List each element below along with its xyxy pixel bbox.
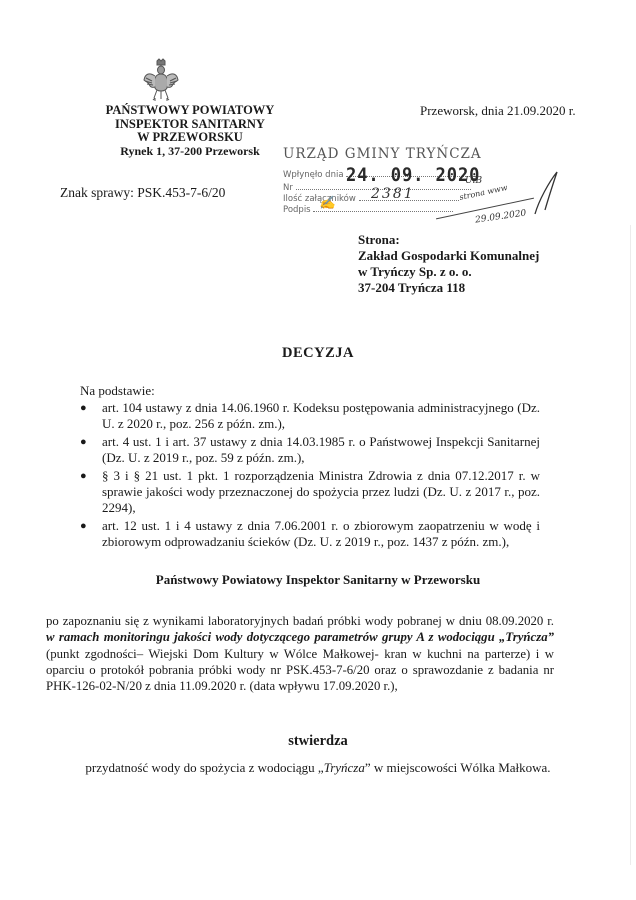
legal-basis-item: ●art. 12 ust. 1 i 4 ustawy z dnia 7.06.2… [78,518,540,550]
handwritten-note-1: UiB [465,176,482,186]
decision-body-paragraph: po zapoznaniu się z wynikami laboratoryj… [46,613,554,694]
legal-basis-item: ●§ 3 i § 21 ust. 1 pkt. 1 rozporządzenia… [78,468,540,516]
issuer-line-1: PAŃSTWOWY POWIATOWY [70,104,310,118]
issuer-address: Rynek 1, 37-200 Przeworsk [70,145,310,159]
body-emphasis: w ramach monitoringu jakości wody dotycz… [46,630,554,644]
stamp-attachments-value: 2381 [371,186,415,202]
finding-text: przydatność wody do spożycia z wodociągu… [0,760,636,776]
legal-basis-list: ●art. 104 ustawy z dnia 14.06.1960 r. Ko… [78,400,540,552]
issuer-line-3: W PRZEWORSKU [70,131,310,145]
document-title: DECYZJA [0,345,636,362]
handwritten-date: 29.09.2020 [475,208,527,225]
handwritten-signature-icon [531,170,561,216]
bullet-icon: ● [80,434,87,450]
issuing-authority: Państwowy Powiatowy Inspektor Sanitarny … [0,572,636,588]
polish-eagle-emblem-icon [143,58,179,102]
stamp-signature-scribble: ✍ [319,196,335,211]
addressee-name-line2: w Tryńczy Sp. z o. o. [358,264,539,280]
bullet-icon: ● [80,468,87,484]
stamp-received-label: Wpłynęło dnia [283,170,344,180]
legal-basis-intro: Na podstawie: [80,383,155,399]
waterworks-name: Tryńcza [324,760,365,775]
case-number: Znak sprawy: PSK.453-7-6/20 [60,185,225,201]
issuer-header: PAŃSTWOWY POWIATOWY INSPEKTOR SANITARNY … [70,104,310,158]
stamp-signature-row: Podpis [283,203,453,215]
addressee-block: Strona: Zakład Gospodarki Komunalnej w T… [358,232,539,296]
stamp-title: URZĄD GMINY TRYŃCZA [283,146,482,162]
legal-basis-item: ●art. 104 ustawy z dnia 14.06.1960 r. Ko… [78,400,540,432]
legal-basis-item: ●art. 4 ust. 1 i art. 37 ustawy z dnia 1… [78,434,540,466]
stamp-signature-label: Podpis [283,205,311,215]
finding-heading: stwierdza [0,733,636,750]
bullet-icon: ● [80,400,87,416]
bullet-icon: ● [80,518,87,534]
incoming-stamp: URZĄD GMINY TRYŃCZA Wpłynęło dnia 24. 09… [283,146,583,236]
body-part-1: po zapoznaniu się z wynikami laboratoryj… [46,614,554,628]
addressee-name-line1: Zakład Gospodarki Komunalnej [358,248,539,264]
scan-edge-line [630,225,631,865]
addressee-label: Strona: [358,232,539,248]
place-and-date: Przeworsk, dnia 21.09.2020 r. [420,103,576,119]
addressee-address: 37-204 Tryńcza 118 [358,280,539,296]
issuer-line-2: INSPEKTOR SANITARNY [70,118,310,132]
body-part-3: (punkt zgodności– Wiejski Dom Kultury w … [46,647,554,694]
